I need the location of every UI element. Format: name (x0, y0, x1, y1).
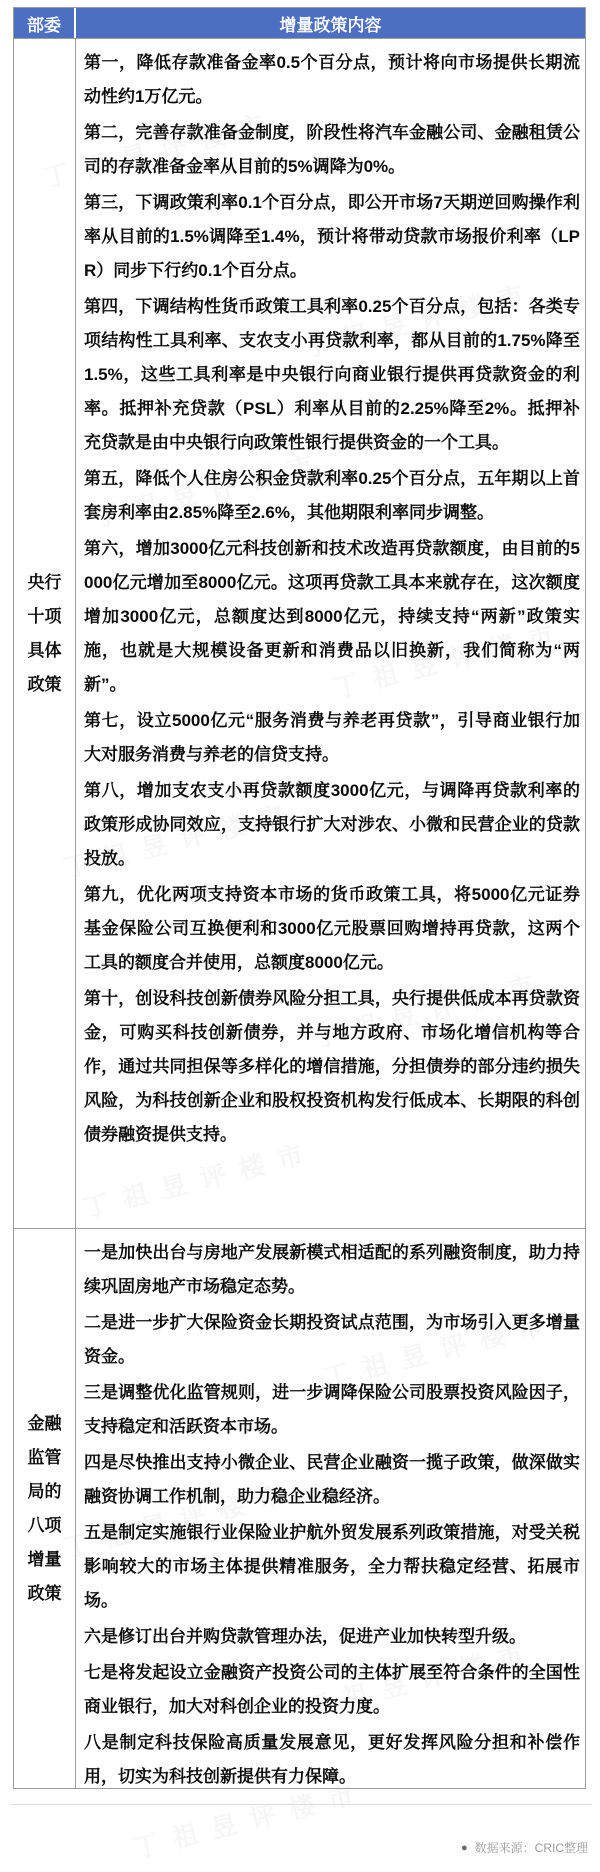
policy-item: 二是进一步扩大保险资金长期投资试点范围，为市场引入更多增量资金。 (84, 1306, 580, 1374)
policy-item: 第十，创设科技创新债券风险分担工具，央行提供低成本再贷款资金，可购买科技创新债券… (84, 982, 580, 1152)
policy-table: 部委 增量政策内容 央行十项具体政策 第一，降低存款准备金率0.5个百分点，预计… (13, 7, 586, 1789)
footer-divider (10, 1804, 592, 1805)
policy-item: 第九，优化两项支持资本市场的货币政策工具，将5000亿元证券基金保险公司互换便利… (84, 878, 580, 980)
policy-item: 第二，完善存款准备金制度，阶段性将汽车金融公司、金融租赁公司的存款准备金率从目前… (84, 116, 580, 184)
policy-item: 第六，增加3000亿元科技创新和技术改造再贷款额度，由目前的5000亿元增加至8… (84, 532, 580, 702)
source-note: ● 数据来源：CRIC整理 (461, 1839, 588, 1856)
bullet-icon: ● (461, 1842, 468, 1854)
policy-item: 三是调整优化监管规则，进一步调降保险公司股票投资风险因子，支持稳定和活跃资本市场… (84, 1376, 580, 1444)
policy-item: 一是加快出台与房地产发展新模式相适配的系列融资制度，助力持续巩固房地产市场稳定态… (84, 1236, 580, 1304)
policy-item: 第八，增加支农支小再贷款额度3000亿元，与调降再贷款利率的政策形成协同效应，支… (84, 774, 580, 876)
table-header-row: 部委 增量政策内容 (14, 8, 585, 39)
policy-item: 第四，下调结构性货币政策工具利率0.25个百分点，包括：各类专项结构性工具利率、… (84, 290, 580, 460)
header-ministry: 部委 (14, 8, 76, 38)
ministry-label-central-bank: 央行十项具体政策 (14, 39, 76, 1228)
policy-item: 第五，降低个人住房公积金贷款利率0.25个百分点，五年期以上首套房利率由2.85… (84, 462, 580, 530)
table-row-central-bank: 央行十项具体政策 第一，降低存款准备金率0.5个百分点，预计将向市场提供长期流动… (14, 39, 585, 1228)
policy-item: 五是制定实施银行业保险业护航外贸发展系列政策措施，对受关税影响较大的市场主体提供… (84, 1516, 580, 1618)
ministry-label-financial-regulator: 金融监管局的八项增量政策 (14, 1229, 76, 1788)
policy-item: 第三，下调政策利率0.1个百分点，即公开市场7天期逆回购操作利率从目前的1.5%… (84, 186, 580, 288)
policy-list-financial-regulator: 一是加快出台与房地产发展新模式相适配的系列融资制度，助力持续巩固房地产市场稳定态… (76, 1229, 585, 1788)
policy-item: 第一，降低存款准备金率0.5个百分点，预计将向市场提供长期流动性约1万亿元。 (84, 46, 580, 114)
table-row-financial-regulator: 金融监管局的八项增量政策 一是加快出台与房地产发展新模式相适配的系列融资制度，助… (14, 1228, 585, 1788)
source-label: 数据来源：CRIC整理 (475, 1839, 588, 1856)
header-policy-content: 增量政策内容 (76, 8, 585, 38)
policy-item: 七是将发起设立金融资产投资公司的主体扩展至符合条件的全国性商业银行，加大对科创企… (84, 1656, 580, 1724)
policy-item: 第七，设立5000亿元“服务消费与养老再贷款”，引导商业银行加大对服务消费与养老… (84, 704, 580, 772)
policy-item: 六是修订出台并购贷款管理办法，促进产业加快转型升级。 (84, 1620, 580, 1654)
policy-item: 八是制定科技保险高质量发展意见，更好发挥风险分担和补偿作用，切实为科技创新提供有… (84, 1726, 580, 1788)
policy-list-central-bank: 第一，降低存款准备金率0.5个百分点，预计将向市场提供长期流动性约1万亿元。 第… (76, 39, 585, 1228)
policy-item: 四是尽快推出支持小微企业、民营企业融资一揽子政策，做深做实融资协调工作机制，助力… (84, 1446, 580, 1514)
